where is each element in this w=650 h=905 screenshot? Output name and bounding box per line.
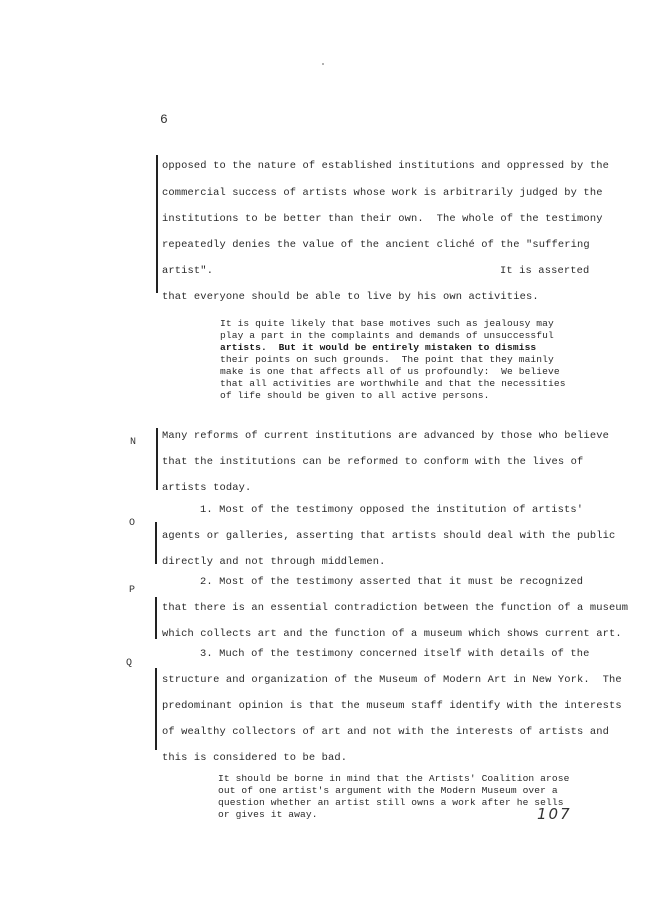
- margin-bar: [155, 597, 157, 639]
- text-line: which collects art and the function of a…: [162, 628, 622, 640]
- text-line: predominant opinion is that the museum s…: [162, 700, 622, 712]
- text-line: that everyone should be able to live by …: [162, 291, 539, 303]
- margin-bar: [156, 428, 158, 490]
- text-line: structure and organization of the Museum…: [162, 674, 622, 686]
- text-line: agents or galleries, asserting that arti…: [162, 530, 615, 542]
- text-line: their points on such grounds. The point …: [220, 354, 554, 366]
- text-line: It is asserted: [500, 265, 589, 277]
- text-line: or gives it away.: [218, 809, 318, 821]
- text-line: institutions to be better than their own…: [162, 213, 603, 225]
- text-line: repeatedly denies the value of the ancie…: [162, 239, 590, 251]
- margin-letter-q: Q: [126, 658, 132, 669]
- text-line: make is one that affects all of us profo…: [220, 366, 560, 378]
- text-line: commercial success of artists whose work…: [162, 187, 603, 199]
- margin-bar: [156, 155, 158, 293]
- text-line: that the institutions can be reformed to…: [162, 456, 583, 468]
- text-line: 3. Much of the testimony concerned itsel…: [200, 648, 590, 660]
- margin-letter-n: N: [130, 437, 136, 448]
- text-line: that all activities are worthwhile and t…: [220, 378, 566, 390]
- text-line: question whether an artist still owns a …: [218, 797, 564, 809]
- margin-letter-p: P: [129, 585, 135, 596]
- text-line: opposed to the nature of established ins…: [162, 160, 609, 172]
- text-line: of life should be given to all active pe…: [220, 390, 489, 402]
- margin-bar: [155, 522, 157, 564]
- margin-letter-o: O: [129, 518, 135, 529]
- text-line: Many reforms of current institutions are…: [162, 430, 609, 442]
- text-line: out of one artist's argument with the Mo…: [218, 785, 558, 797]
- text-line: that there is an essential contradiction…: [162, 602, 628, 614]
- handwritten-folio-number: 107: [537, 805, 572, 823]
- text-line: It is quite likely that base motives suc…: [220, 318, 554, 330]
- text-line: artists today.: [162, 482, 251, 494]
- text-line: artist".: [162, 265, 213, 277]
- text-line: 1. Most of the testimony opposed the ins…: [200, 504, 583, 516]
- text-line: of wealthy collectors of art and not wit…: [162, 726, 609, 738]
- page-number: 6: [160, 112, 168, 127]
- text-line: It should be borne in mind that the Arti…: [218, 773, 569, 785]
- text-line: artists. But it would be entirely mistak…: [220, 342, 536, 354]
- text-line: 2. Most of the testimony asserted that i…: [200, 576, 583, 588]
- document-page: 6 opposed to the nature of established i…: [0, 0, 650, 905]
- paper-speck: [322, 63, 324, 65]
- text-line: directly and not through middlemen.: [162, 556, 386, 568]
- text-line: play a part in the complaints and demand…: [220, 330, 554, 342]
- margin-bar: [155, 668, 157, 750]
- text-line: this is considered to be bad.: [162, 752, 347, 764]
